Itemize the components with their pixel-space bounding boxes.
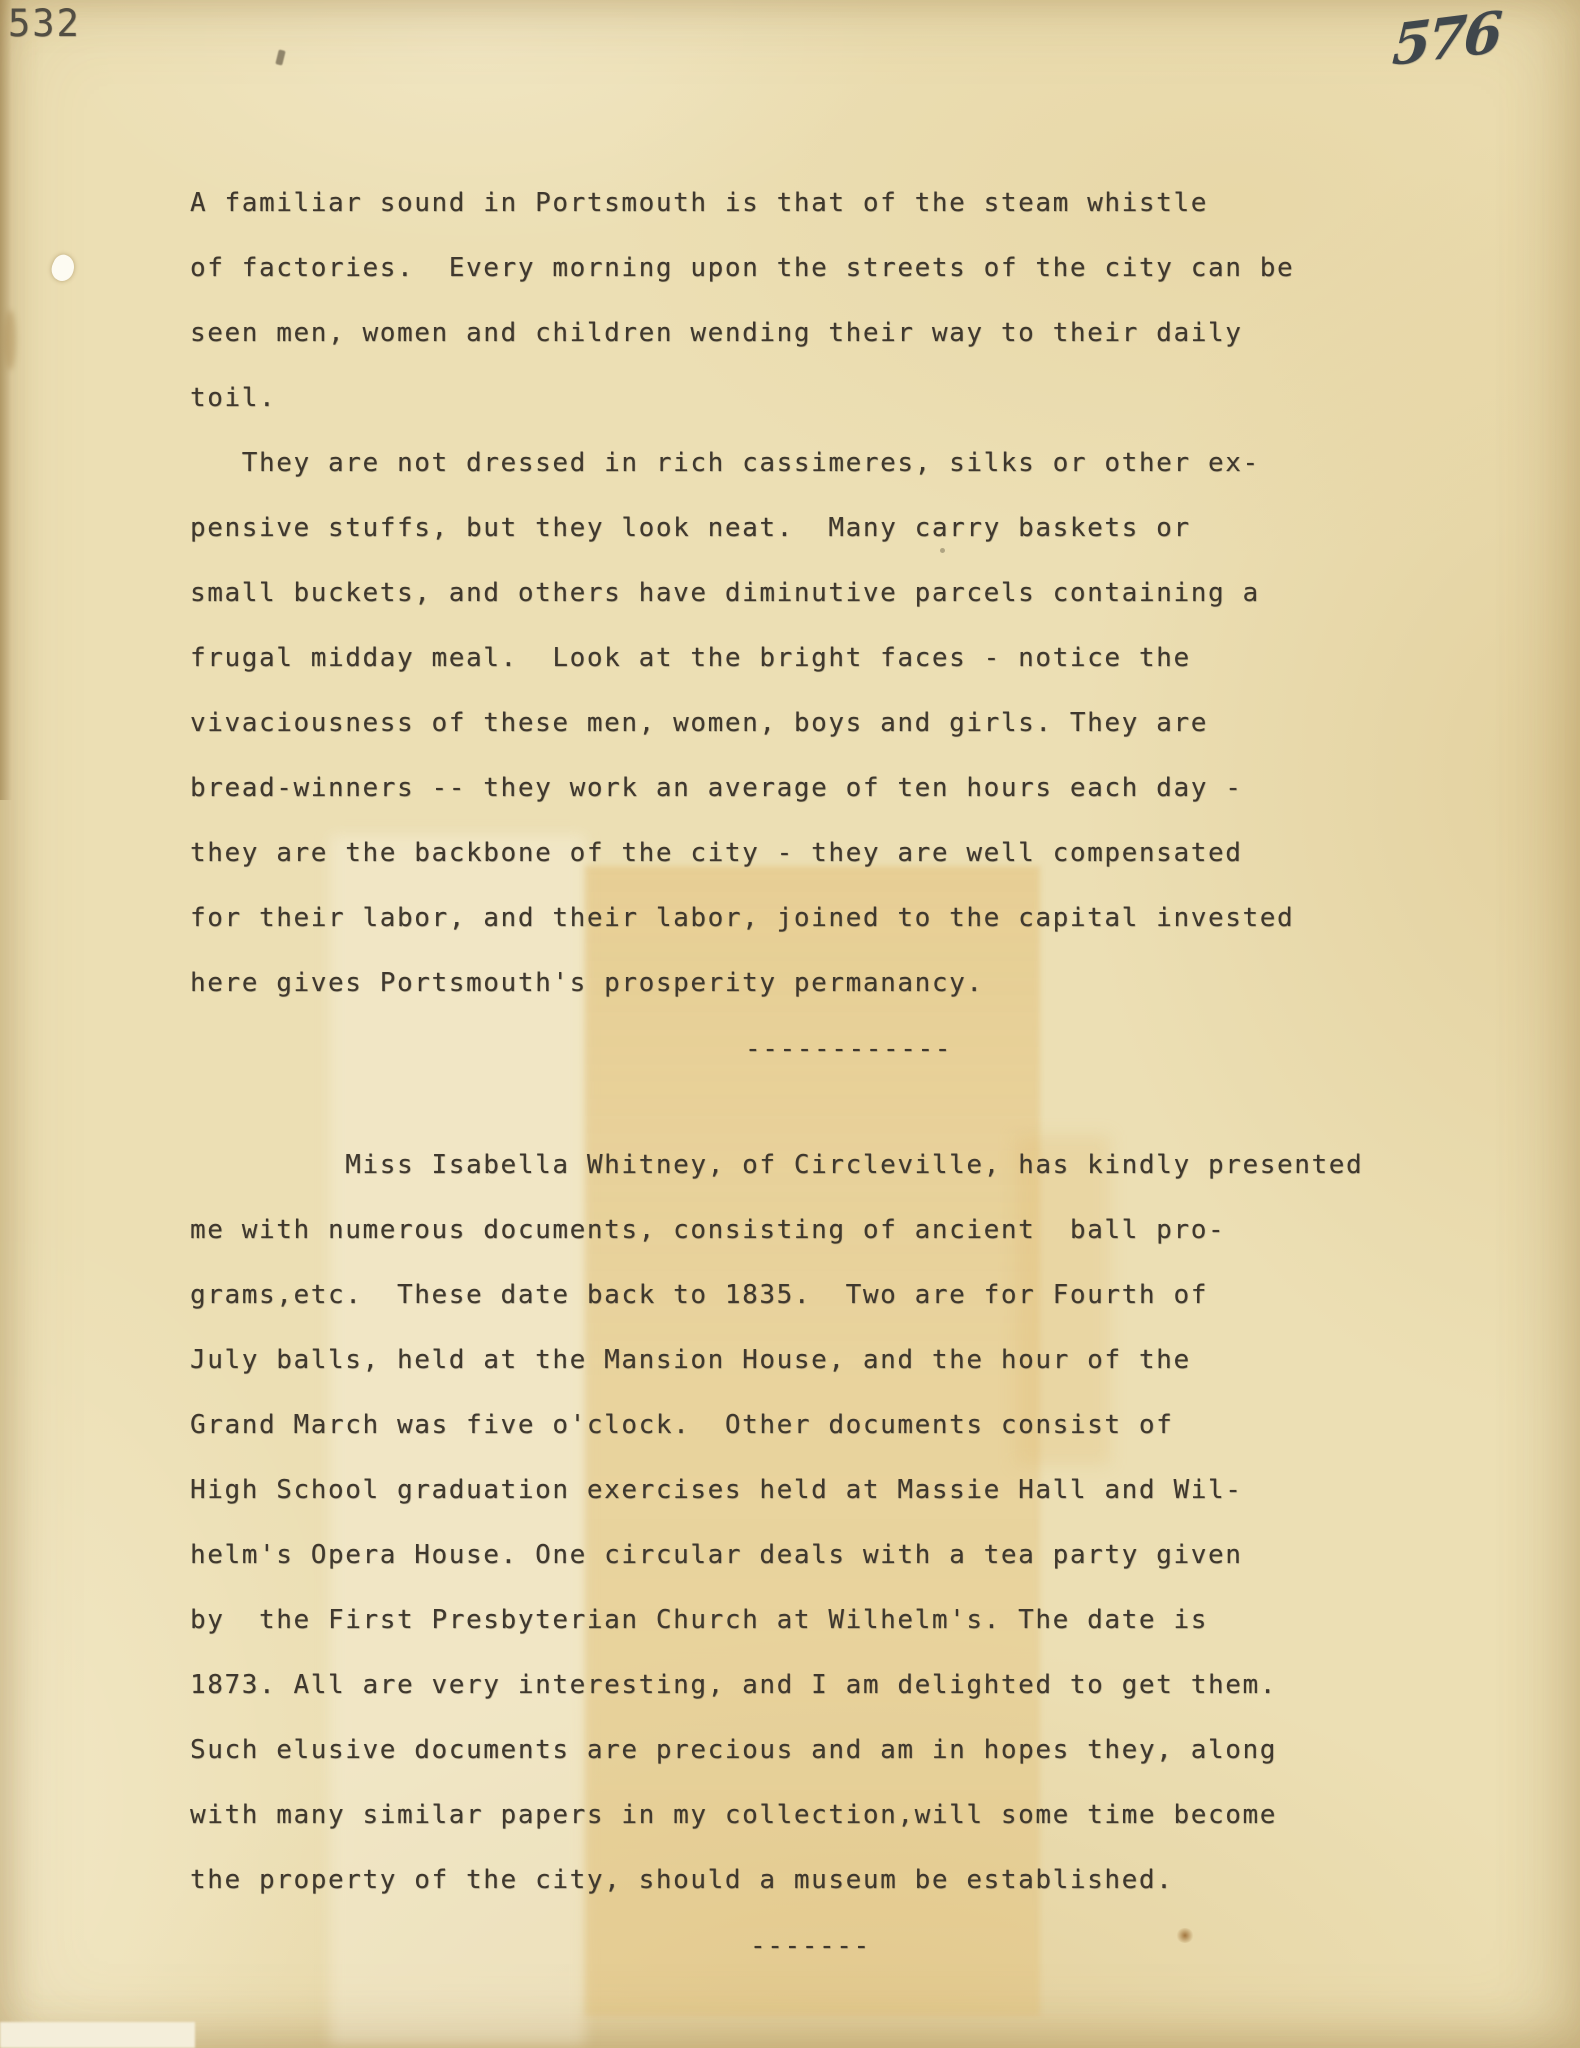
- text-line: A familiar sound in Portsmouth is that o…: [190, 170, 1294, 235]
- separator-dashes-1: ------------: [745, 1016, 952, 1081]
- text-line: toil.: [190, 365, 1294, 430]
- text-line: they are the backbone of the city - they…: [190, 820, 1294, 885]
- ink-speck: [275, 49, 285, 65]
- text-line: They are not dressed in rich cassimeres,…: [190, 430, 1294, 495]
- text-line: seen men, women and children wending the…: [190, 300, 1294, 365]
- text-line: by the First Presbyterian Church at Wilh…: [190, 1587, 1363, 1652]
- text-line: frugal midday meal. Look at the bright f…: [190, 625, 1294, 690]
- paper-crease-shadow: [4, 310, 16, 370]
- text-line: of factories. Every morning upon the str…: [190, 235, 1294, 300]
- text-line: here gives Portsmouth's prosperity perma…: [190, 950, 1294, 1015]
- text-line: pensive stuffs, but they look neat. Many…: [190, 495, 1294, 560]
- document-page: 532 576 A familiar sound in Portsmouth i…: [0, 0, 1580, 2048]
- text-line: July balls, held at the Mansion House, a…: [190, 1327, 1363, 1392]
- text-line: bread-winners -- they work an average of…: [190, 755, 1294, 820]
- brown-stain-spot: [1176, 1928, 1194, 1943]
- text-line: High School graduation exercises held at…: [190, 1457, 1363, 1522]
- paragraph-whitney-documents: Miss Isabella Whitney, of Circleville, h…: [190, 1132, 1363, 1912]
- text-line: with many similar papers in my collectio…: [190, 1782, 1363, 1847]
- text-line: Grand March was five o'clock. Other docu…: [190, 1392, 1363, 1457]
- text-line: Miss Isabella Whitney, of Circleville, h…: [190, 1132, 1363, 1197]
- separator-dashes-2: -------: [750, 1913, 871, 1978]
- text-line: Such elusive documents are precious and …: [190, 1717, 1363, 1782]
- paper-tear-speck: [48, 252, 79, 285]
- text-line: helm's Opera House. One circular deals w…: [190, 1522, 1363, 1587]
- text-line: vivaciousness of these men, women, boys …: [190, 690, 1294, 755]
- page-number-handwritten: 576: [1391, 0, 1502, 79]
- text-line: small buckets, and others have diminutiv…: [190, 560, 1294, 625]
- text-line: 1873. All are very interesting, and I am…: [190, 1652, 1363, 1717]
- text-line: the property of the city, should a museu…: [190, 1847, 1363, 1912]
- paragraph-factories: A familiar sound in Portsmouth is that o…: [190, 170, 1294, 1015]
- bottom-edge-strip: [0, 2022, 195, 2048]
- left-edge-crease: [0, 0, 12, 800]
- page-number-typed: 532: [8, 2, 81, 45]
- text-line: me with numerous documents, consisting o…: [190, 1197, 1363, 1262]
- text-line: for their labor, and their labor, joined…: [190, 885, 1294, 950]
- text-line: grams,etc. These date back to 1835. Two …: [190, 1262, 1363, 1327]
